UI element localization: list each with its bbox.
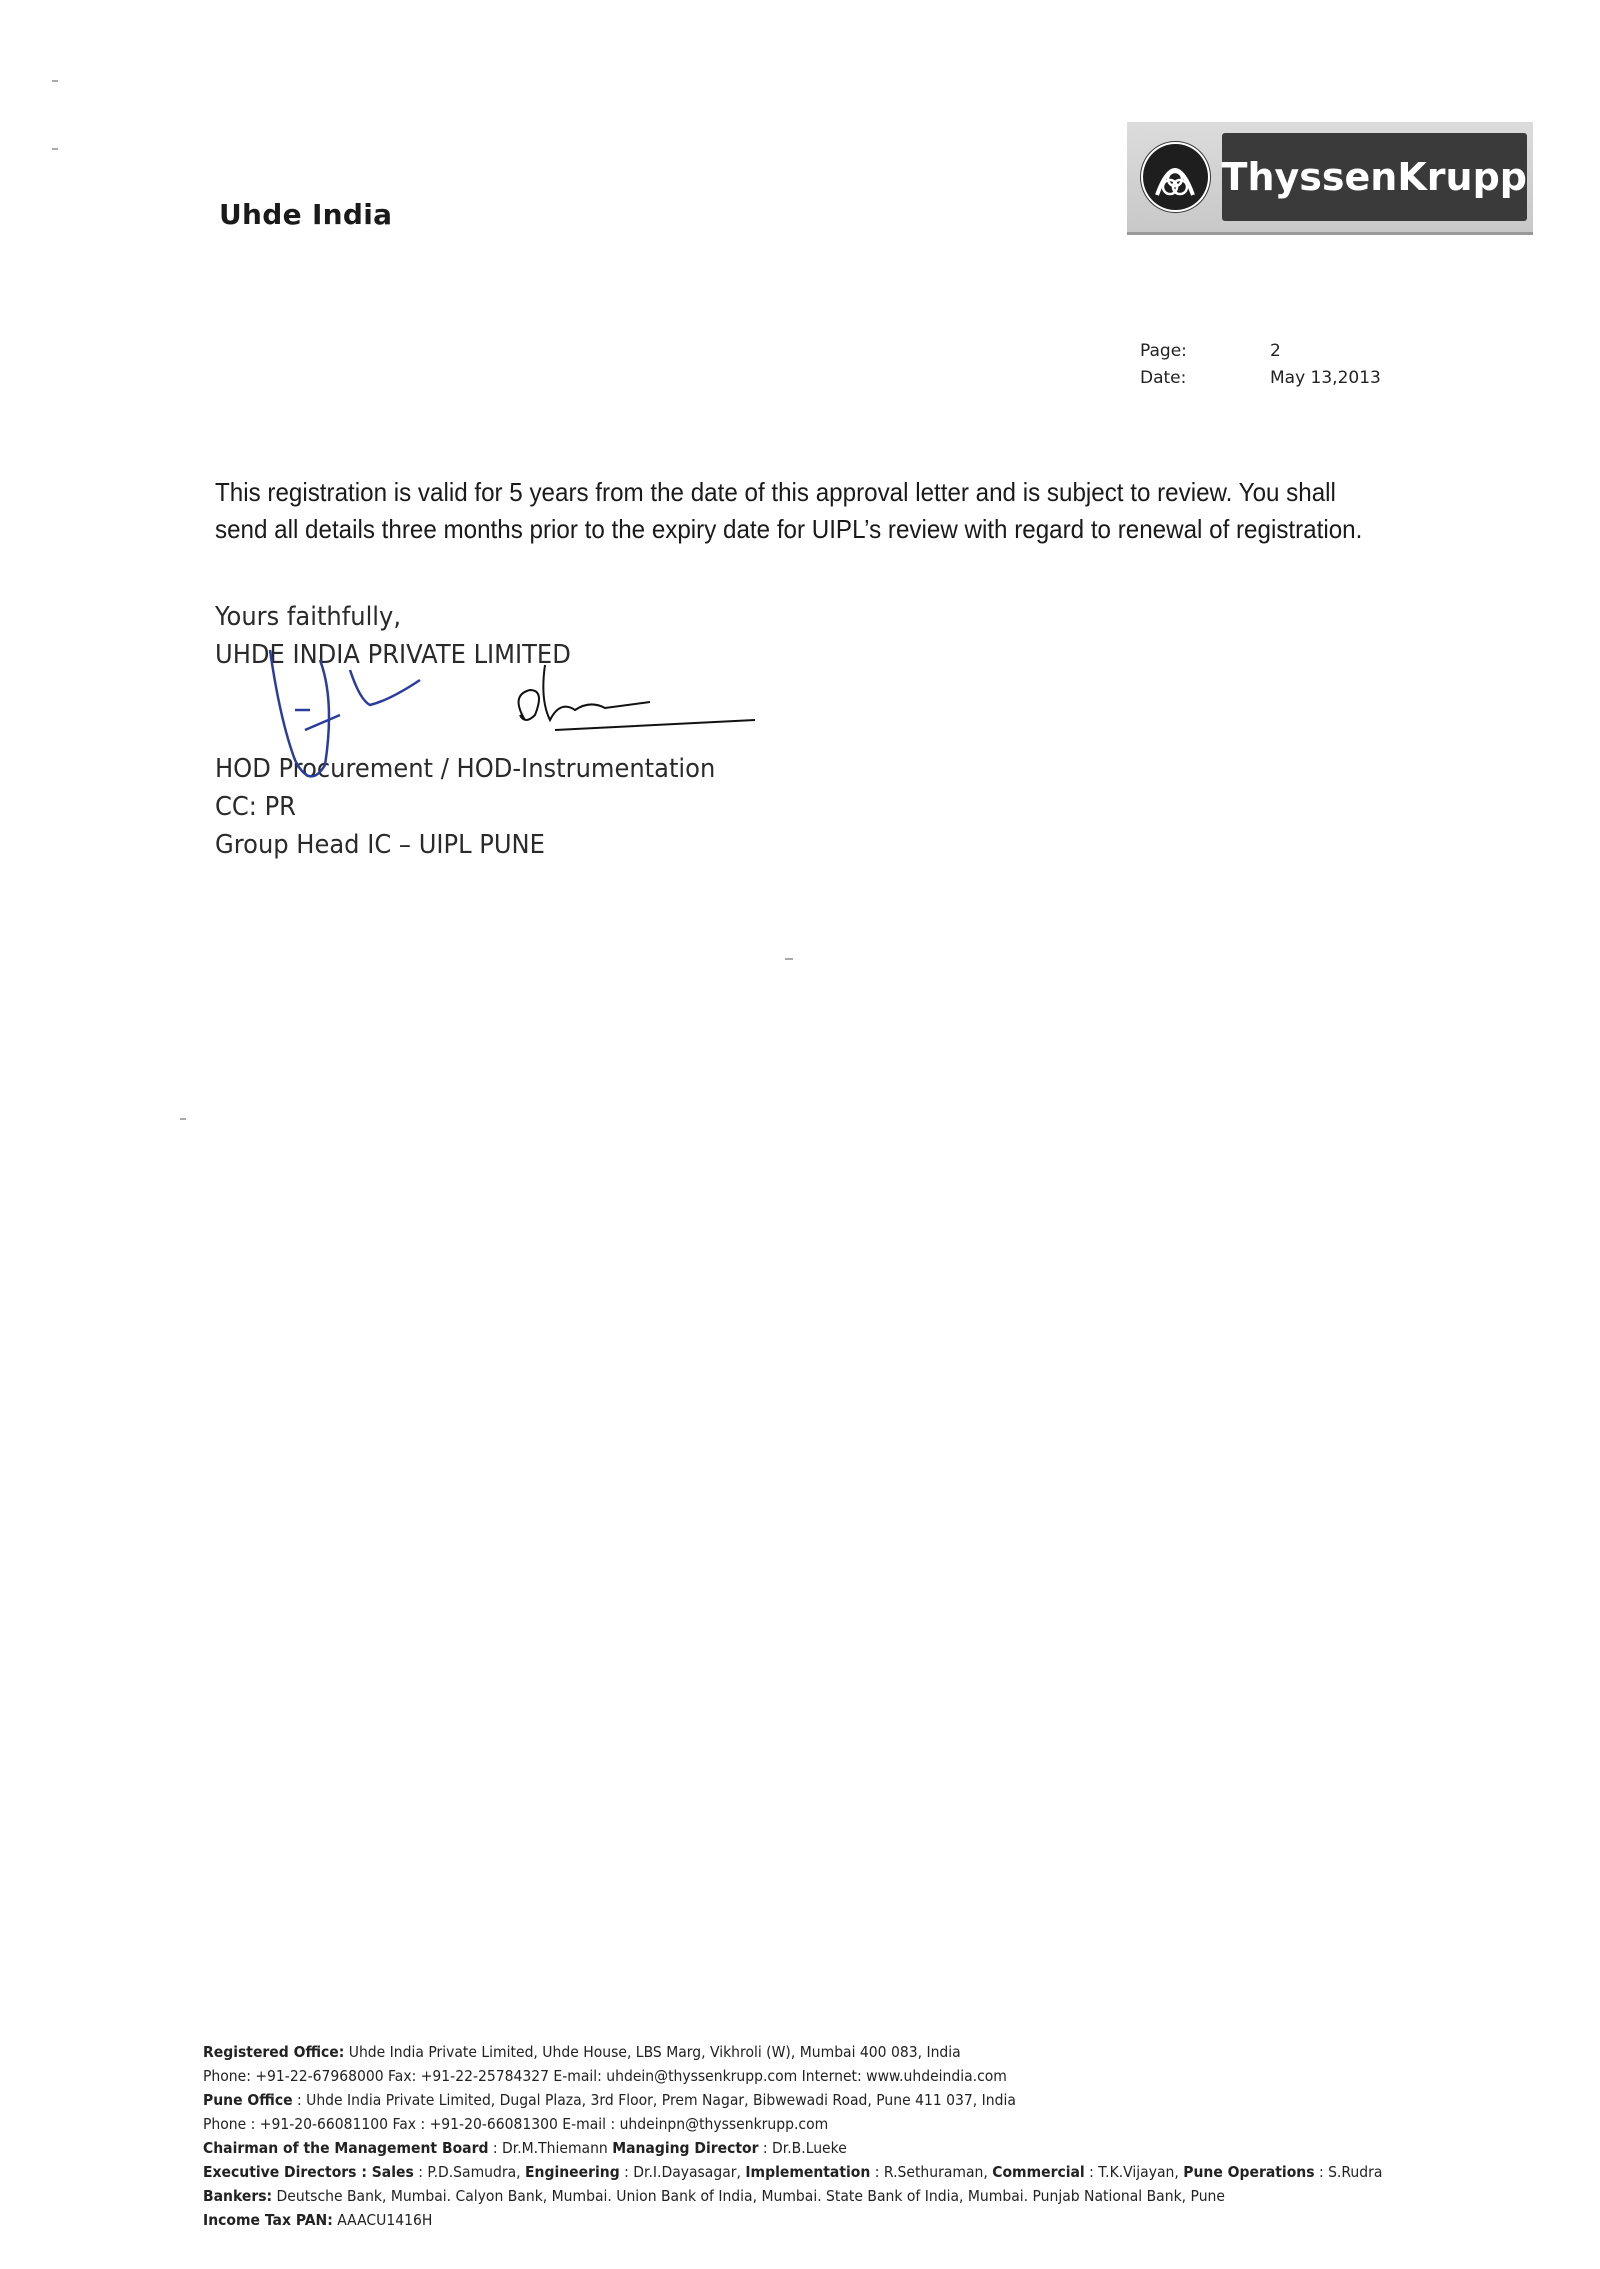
scan-speck	[52, 80, 58, 82]
bankers-line: Bankers: Deutsche Bank, Mumbai. Calyon B…	[203, 2184, 1382, 2208]
scan-speck	[180, 1118, 186, 1120]
black-signature	[505, 660, 765, 740]
date-value: May 13,2013	[1270, 368, 1381, 388]
scan-speck	[52, 148, 58, 150]
page-label: Page:	[1140, 338, 1270, 365]
page-meta: Page:2 Date:May 13,2013	[1140, 338, 1381, 392]
scan-speck	[785, 958, 793, 960]
salutation: Yours faithfully,	[215, 598, 715, 636]
pan-line: Income Tax PAN: AAACU1416H	[203, 2208, 1382, 2232]
management-line: Chairman of the Management Board : Dr.M.…	[203, 2136, 1382, 2160]
letterhead-footer: Registered Office: Uhde India Private Li…	[203, 2040, 1382, 2232]
company-name: Uhde India	[219, 198, 392, 231]
body-paragraph: This registration is valid for 5 years f…	[215, 474, 1461, 548]
pune-office-line: Pune Office : Uhde India Private Limited…	[203, 2088, 1382, 2112]
cc-recipient: Group Head IC – UIPL PUNE	[215, 826, 715, 864]
thyssenkrupp-logo: ThyssenKrupp	[1127, 122, 1533, 235]
body-line-1: This registration is valid for 5 years f…	[215, 474, 1461, 511]
date-label: Date:	[1140, 365, 1270, 392]
logo-text: ThyssenKrupp	[1222, 133, 1527, 221]
pune-phone-line: Phone : +91-20-66081100 Fax : +91-20-660…	[203, 2112, 1382, 2136]
registered-office-line: Registered Office: Uhde India Private Li…	[203, 2040, 1382, 2064]
body-line-2: send all details three months prior to t…	[215, 511, 1461, 548]
page-number: 2	[1270, 341, 1281, 361]
phone-line: Phone: +91-22-67968000 Fax: +91-22-25784…	[203, 2064, 1382, 2088]
executive-directors-line: Executive Directors : Sales : P.D.Samudr…	[203, 2160, 1382, 2184]
thyssenkrupp-emblem-icon	[1141, 142, 1210, 212]
cc-line: CC: PR	[215, 788, 715, 826]
